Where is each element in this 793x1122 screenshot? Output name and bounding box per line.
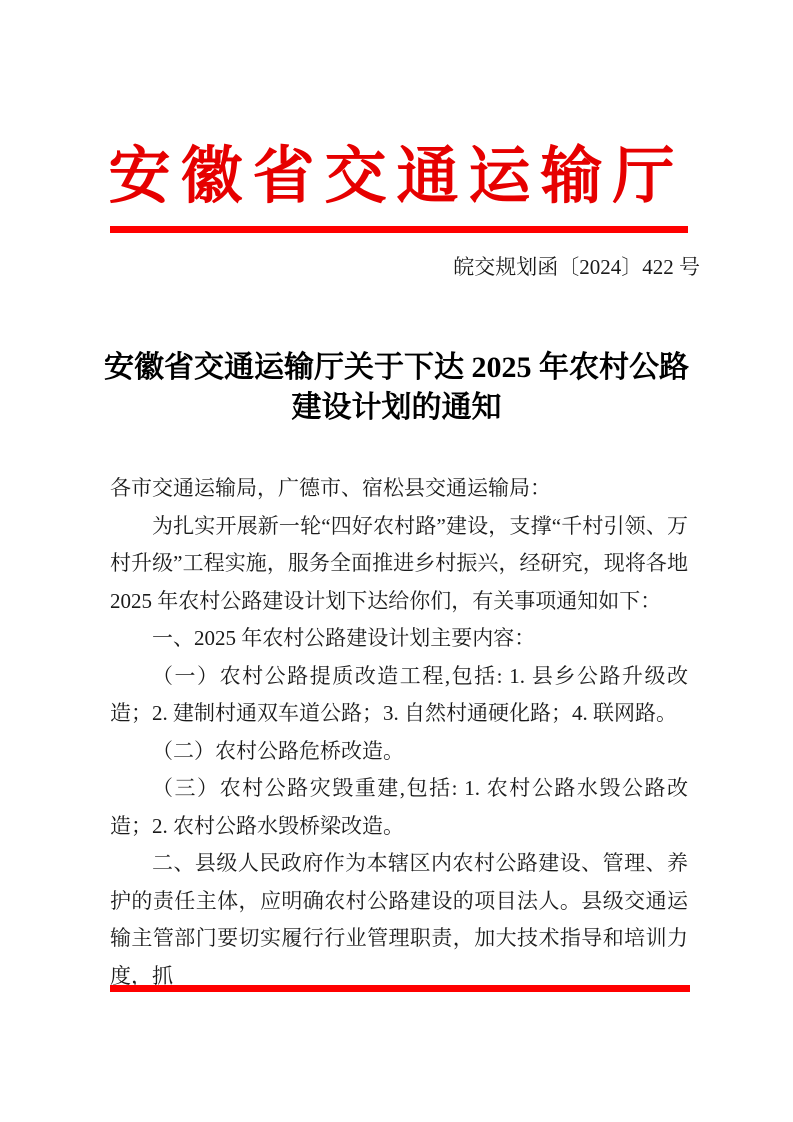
body-paragraph: 二、县级人民政府作为本辖区内农村公路建设、管理、养护的责任主体，应明确农村公路建… bbox=[110, 845, 688, 995]
document-body: 各市交通运输局，广德市、宿松县交通运输局：为扎实开展新一轮“四好农村路”建设，支… bbox=[110, 470, 688, 995]
body-paragraph: （三）农村公路灾毁重建,包括: 1. 农村公路水毁公路改造；2. 农村公路水毁桥… bbox=[110, 770, 688, 845]
body-paragraph: 各市交通运输局，广德市、宿松县交通运输局： bbox=[110, 470, 688, 508]
document-page: 安徽省交通运输厅 皖交规划函〔2024〕422 号 安徽省交通运输厅关于下达 2… bbox=[0, 0, 793, 1122]
body-paragraph: 一、2025 年农村公路建设计划主要内容： bbox=[110, 620, 688, 658]
notice-title: 安徽省交通运输厅关于下达 2025 年农村公路 建设计划的通知 bbox=[60, 348, 733, 428]
body-paragraph: 为扎实开展新一轮“四好农村路”建设，支撑“千村引领、万村升级”工程实施，服务全面… bbox=[110, 508, 688, 621]
footer-separator-rule bbox=[110, 985, 690, 992]
notice-title-line1: 安徽省交通运输厅关于下达 2025 年农村公路 bbox=[60, 348, 733, 388]
header-separator-rule bbox=[110, 226, 688, 233]
body-paragraph: （二）农村公路危桥改造。 bbox=[110, 733, 688, 771]
letterhead-org-name: 安徽省交通运输厅 bbox=[0, 138, 793, 216]
doc-number: 皖交规划函〔2024〕422 号 bbox=[110, 250, 700, 284]
notice-title-line2: 建设计划的通知 bbox=[60, 388, 733, 428]
body-paragraph: （一）农村公路提质改造工程,包括: 1. 县乡公路升级改造；2. 建制村通双车道… bbox=[110, 658, 688, 733]
